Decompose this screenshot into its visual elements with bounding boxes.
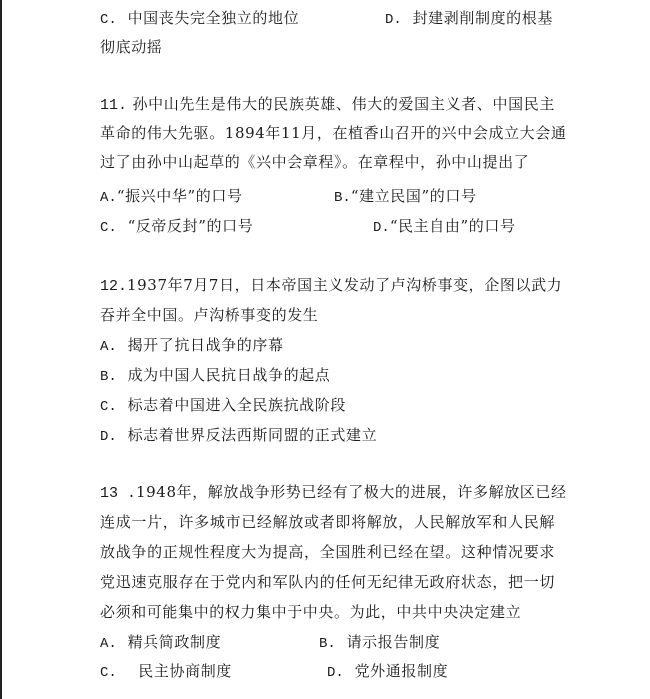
question-13-stem-line-4: 党迅速克服存在于党内和军队内的任何无纪律无政府状态，把一切 [100,567,555,597]
option-letter: A. [100,636,117,652]
question-13-stem-line-2: 连成一片，许多城市已经解放或者即将解放，人民解放军和人民解 [100,507,555,537]
option-letter: A. [100,339,117,355]
option-letter: D. [385,12,402,28]
option-text: “反帝反封”的口号 [128,217,254,235]
question-13-option-a[interactable]: A. 精兵简政制度 [100,627,221,657]
option-letter: C. [100,12,117,28]
option-letter: C. [100,220,117,236]
option-letter: B. [319,636,336,652]
question-11-option-d[interactable]: D.“民主自由”的口号 [373,211,516,241]
option-text: 成为中国人民抗日战争的起点 [128,366,331,384]
question-11-stem-line-2: 革命的伟大先驱。1894年11月，在植香山召开的兴中会成立大会通 [100,118,555,148]
option-letter: C. [100,665,117,681]
question-13-option-b[interactable]: B. 请示报告制度 [319,627,440,657]
option-letter: D. [100,429,117,445]
prev-question-option-d: D. 封建剥削制度的根基 [385,3,553,33]
option-letter: B. [334,190,351,206]
question-12-option-a[interactable]: A. 揭开了抗日战争的序幕 [100,330,284,360]
option-letter: D. [373,220,390,236]
option-letter: B. [100,369,117,385]
option-text: 中国丧失完全独立的地位 [128,9,300,27]
question-text: 孙中山先生是伟大的民族英雄、伟大的爱国主义者、中国民主 [132,95,555,113]
page-left-border [0,0,2,699]
question-number: 12. [100,278,127,295]
option-text: 民主协商制度 [138,662,232,680]
option-text: “建立民国”的口号 [351,187,477,205]
question-13-option-d[interactable]: D. 党外通报制度 [327,656,448,686]
question-12-stem-line-2: 吞并全中国。卢沟桥事变的发生 [100,300,555,330]
question-13-stem-line-3: 放战争的正规性程度大为提高，全国胜利已经在望。这种情况要求 [100,537,555,567]
option-text: 党外通报制度 [355,662,449,680]
question-11-option-c[interactable]: C. “反帝反封”的口号 [100,211,253,241]
question-text: 1937年7月7日，日本帝国主义发动了卢沟桥事变，企图以武力 [127,276,562,294]
option-text: 揭开了抗日战争的序幕 [128,336,284,354]
option-letter: A. [100,190,117,206]
option-text: 请示报告制度 [347,633,441,651]
question-12-option-d[interactable]: D. 标志着世界反法西斯同盟的正式建立 [100,420,377,450]
question-11-option-a[interactable]: A.“振兴中华”的口号 [100,181,243,211]
question-number: 13 . [100,485,136,502]
option-text: 精兵简政制度 [128,633,222,651]
question-11-stem-line-3: 过了由孙中山起草的《兴中会章程》。在章程中，孙中山提出了 [100,147,555,177]
option-text: “民主自由”的口号 [390,217,516,235]
question-12-option-c[interactable]: C. 标志着中国进入全民族抗战阶段 [100,390,346,420]
question-13-stem-line-5: 必须和可能集中的权力集中于中央。为此，中共中央决定建立 [100,597,555,627]
question-13-stem-line-1: 13 .1948年，解放战争形势已经有了极大的进展，许多解放区已经 [100,477,555,507]
option-letter: D. [327,665,344,681]
question-11-option-b[interactable]: B.“建立民国”的口号 [334,181,477,211]
question-11-stem-line-1: 11. 孙中山先生是伟大的民族英雄、伟大的爱国主义者、中国民主 [100,89,555,119]
option-text: “振兴中华”的口号 [117,187,243,205]
prev-question-option-c: C. 中国丧失完全独立的地位 [100,3,299,33]
question-number: 11. [100,97,127,114]
question-12-option-b[interactable]: B. 成为中国人民抗日战争的起点 [100,360,330,390]
question-text: 1948年，解放战争形势已经有了极大的进展，许多解放区已经 [136,483,567,501]
question-13-option-c[interactable]: C. 民主协商制度 [100,656,232,686]
option-text: 标志着中国进入全民族抗战阶段 [128,396,346,414]
prev-question-option-d-wrap: 彻底动摇 [100,32,555,62]
option-text: 标志着世界反法西斯同盟的正式建立 [128,426,378,444]
option-text: 封建剥削制度的根基 [413,9,553,27]
question-12-stem-line-1: 12.1937年7月7日，日本帝国主义发动了卢沟桥事变，企图以武力 [100,270,555,300]
option-letter: C. [100,399,117,415]
